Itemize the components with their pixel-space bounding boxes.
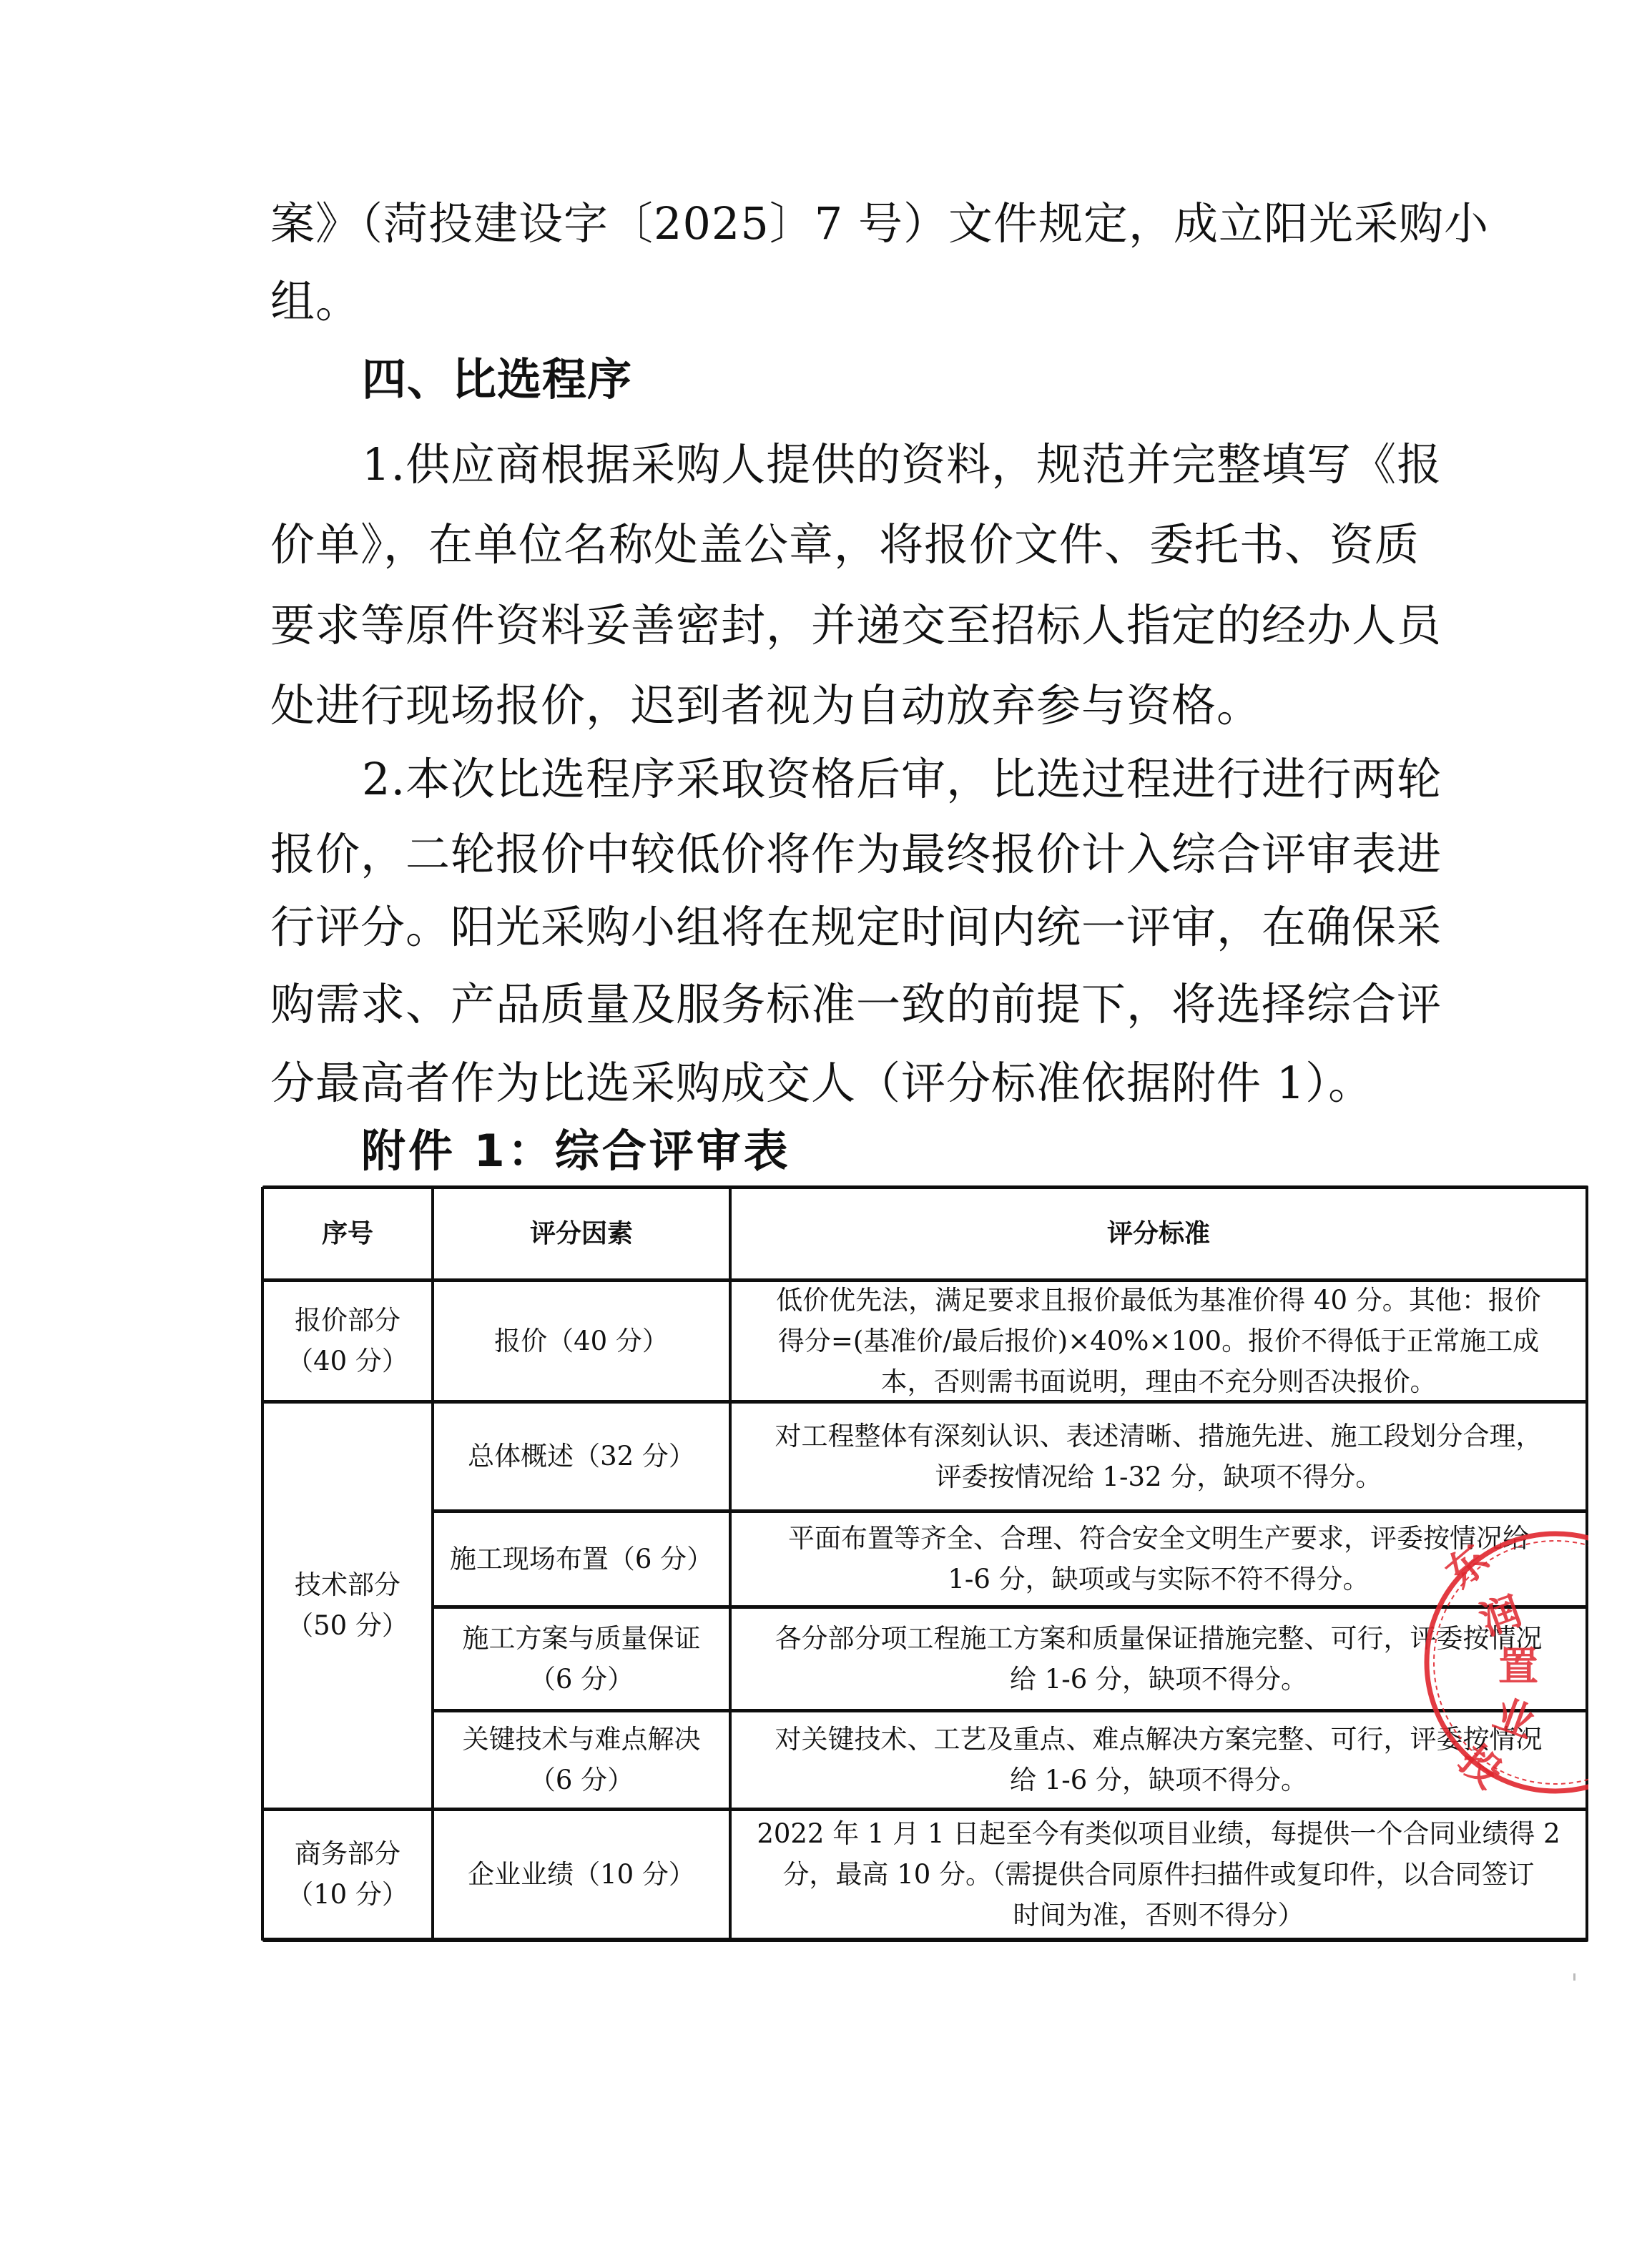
paragraph-line: 案》（菏投建设字〔2025〕7 号）文件规定，成立阳光采购小 [270,184,1429,262]
table-column-rule [729,1187,732,1941]
criteria-cell: 低价优先法，满足要求且报价最低为基准价得 40 分。其他：报价 得分=(基准价/… [730,1280,1587,1401]
category-points: （10 分） [287,1874,408,1915]
scan-speck [1573,1973,1575,1981]
criteria-line: 本，否则需书面说明，理由不充分则否决报价。 [881,1361,1437,1402]
evaluation-table: 序号 评分因素 评分标准 报价部分 （40 分） 报价（40 分） 低价优先法，… [262,1187,1587,1939]
table-rule [433,1509,1588,1513]
header-label: 评分标准 [1107,1213,1210,1254]
criteria-line: 低价优先法，满足要求且报价最低为基准价得 40 分。其他：报价 [776,1280,1541,1321]
criteria-line: 时间为准，否则不得分） [1013,1895,1304,1936]
factor-label: 施工方案与质量保证 [463,1618,701,1659]
paragraph-line: 行评分。阳光采购小组将在规定时间内统一评审，在确保采 [270,888,1429,966]
factor-cell: 施工现场布置（6 分） [433,1511,730,1607]
factor-cell: 总体概述（32 分） [433,1401,730,1511]
criteria-line: 各分部分项工程施工方案和质量保证措施完整、可行，评委按情况 [775,1618,1543,1659]
paragraph-line: 价单》，在单位名称处盖公章，将报价文件、委托书、资质 [270,506,1429,583]
category-label: 商务部分 [295,1833,400,1874]
category-cell-technical: 技术部分 （50 分） [262,1401,433,1809]
table-border-top [262,1185,1588,1189]
category-points: （40 分） [287,1341,408,1381]
paragraph-line: 1.供应商根据采购人提供的资料，规范并完整填写《报 [270,425,1520,503]
criteria-line: 得分=(基准价/最后报价)×40%×100。报价不得低于正常施工成 [778,1321,1539,1361]
factor-label: 施工现场布置（6 分） [450,1539,713,1579]
factor-cell: 企业业绩（10 分） [433,1809,730,1939]
criteria-cell: 平面布置等齐全、合理、符合安全文明生产要求，评委按情况给 1-6 分，缺项或与实… [730,1511,1587,1607]
factor-label: 报价（40 分） [494,1321,669,1361]
paragraph-line: 分最高者作为比选采购成交人（评分标准依据附件 1）。 [270,1044,1429,1122]
paragraph-line: 2.本次比选程序采取资格后审，比选过程进行进行两轮 [270,740,1520,818]
table-column-rule [431,1187,434,1941]
criteria-line: 评委按情况给 1-32 分，缺项不得分。 [935,1456,1382,1497]
category-cell-business: 商务部分 （10 分） [262,1809,433,1939]
criteria-line: 给 1-6 分，缺项不得分。 [1010,1659,1307,1700]
category-points: （50 分） [287,1605,408,1646]
criteria-line: 1-6 分，缺项或与实际不符不得分。 [948,1559,1369,1599]
category-cell-price: 报价部分 （40 分） [262,1280,433,1401]
factor-cell: 关键技术与难点解决 （6 分） [433,1710,730,1809]
section-heading: 四、比选程序 [270,340,1520,418]
paragraph-line: 报价，二轮报价中较低价将作为最终报价计入综合评审表进 [270,815,1429,893]
factor-cell: 施工方案与质量保证 （6 分） [433,1607,730,1710]
criteria-line: 对工程整体有深刻认识、表述清晰、措施先进、施工段划分合理， [775,1416,1543,1456]
criteria-line: 2022 年 1 月 1 日起至今有类似项目业绩，每提供一个合同业绩得 2 [757,1813,1560,1854]
criteria-line: 分，最高 10 分。（需提供合同原件扫描件或复印件，以合同签订 [782,1854,1534,1895]
category-label: 技术部分 [295,1564,400,1605]
paragraph-line: 处进行现场报价，迟到者视为自动放弃参与资格。 [270,666,1429,744]
header-label: 评分因素 [530,1213,633,1254]
table-border-left [261,1187,264,1941]
header-index: 序号 [262,1187,433,1280]
header-factor: 评分因素 [433,1187,730,1280]
criteria-line: 对关键技术、工艺及重点、难点解决方案完整、可行，评委按情况 [775,1719,1543,1760]
paragraph-line: 购需求、产品质量及服务标准一致的前提下，将选择综合评 [270,965,1429,1043]
factor-label: 总体概述（32 分） [468,1436,695,1476]
table-rule [262,1808,1588,1811]
paragraph-line: 要求等原件资料妥善密封，并递交至招标人指定的经办人员 [270,586,1429,664]
criteria-cell: 2022 年 1 月 1 日起至今有类似项目业绩，每提供一个合同业绩得 2 分，… [730,1809,1587,1939]
criteria-cell: 各分部分项工程施工方案和质量保证措施完整、可行，评委按情况 给 1-6 分，缺项… [730,1607,1587,1710]
annex-title: 附件 1：综合评审表 [361,1123,791,1180]
factor-label: 关键技术与难点解决 [463,1719,701,1760]
criteria-cell: 对工程整体有深刻认识、表述清晰、措施先进、施工段划分合理， 评委按情况给 1-3… [730,1401,1587,1511]
table-rule [262,1400,1588,1404]
table-border-bottom [262,1938,1588,1942]
factor-points: （6 分） [529,1760,634,1800]
table-rule [433,1605,1588,1609]
criteria-cell: 对关键技术、工艺及重点、难点解决方案完整、可行，评委按情况 给 1-6 分，缺项… [730,1710,1587,1809]
table-border-right [1586,1187,1588,1941]
table-rule [262,1278,1588,1282]
header-label: 序号 [322,1213,373,1254]
header-criteria: 评分标准 [730,1187,1587,1280]
table-rule [433,1709,1588,1712]
category-label: 报价部分 [295,1300,400,1341]
paragraph-line: 组。 [270,262,1429,340]
criteria-line: 平面布置等齐全、合理、符合安全文明生产要求，评委按情况给 [788,1518,1529,1559]
factor-points: （6 分） [529,1659,634,1700]
factor-label: 企业业绩（10 分） [468,1854,695,1895]
factor-cell: 报价（40 分） [433,1280,730,1401]
criteria-line: 给 1-6 分，缺项不得分。 [1010,1760,1307,1800]
